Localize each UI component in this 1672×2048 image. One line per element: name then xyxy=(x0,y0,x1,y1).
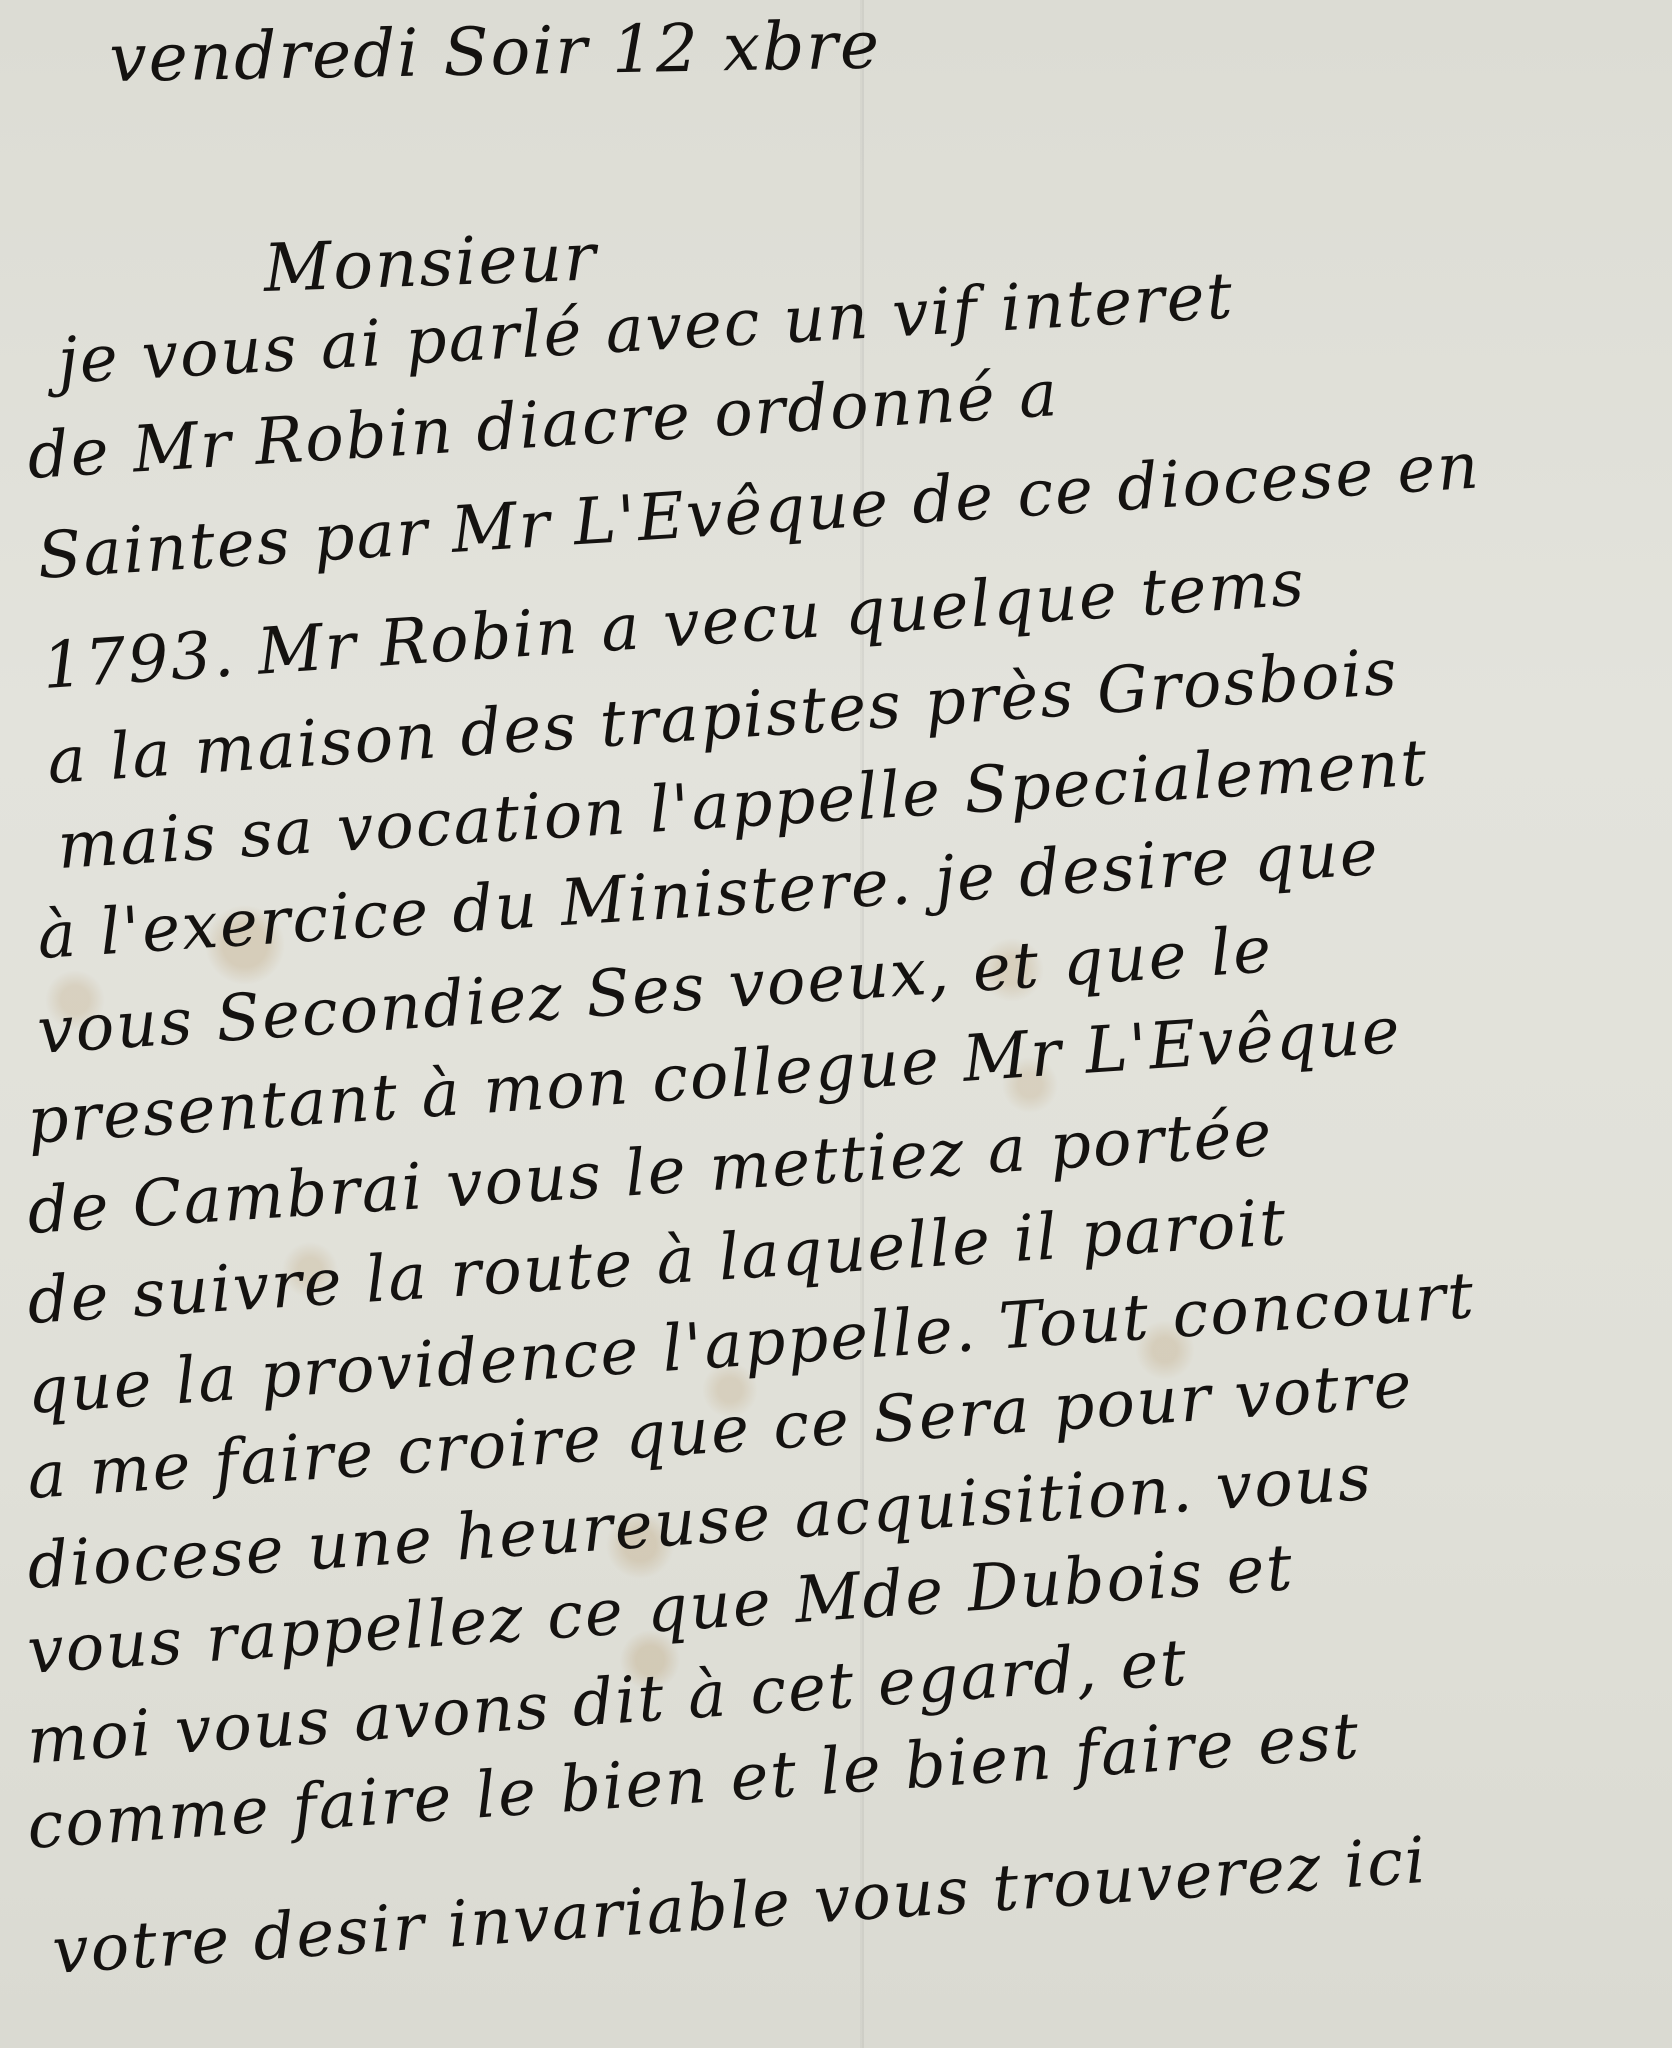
letter-date-line: vendredi Soir 12 xbre xyxy=(109,7,882,97)
letter-body-line: votre desir invariable vous trouverez ic… xyxy=(50,1824,1430,1989)
letter-body-line: je vous ai parlé avec un vif interet xyxy=(56,259,1236,399)
letter-salutation: Monsieur xyxy=(262,218,598,307)
letter-page: vendredi Soir 12 xbre Monsieur je vous a… xyxy=(0,0,1672,2048)
